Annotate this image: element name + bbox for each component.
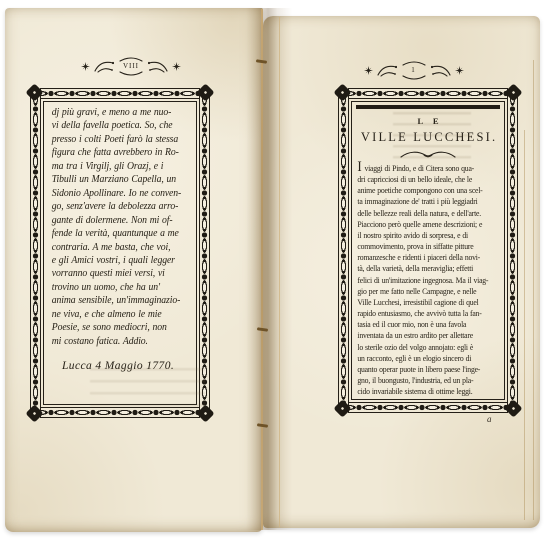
fleuron-spray-icon	[377, 64, 397, 78]
gutter-fold-line	[261, 9, 263, 530]
border-band-left	[338, 88, 349, 413]
fore-edge-page-line	[533, 60, 534, 520]
squiggle-divider-icon	[352, 147, 504, 157]
right-ornamental-border-frame: L E VILLE LUCCHESI. Iviaggi di Pindo, e …	[338, 88, 518, 413]
fore-edge-page-line	[524, 130, 525, 520]
right-page-body-text: Iviaggi di Pindo, e di Citera sono qua- …	[352, 162, 504, 397]
drop-initial: I	[357, 159, 361, 175]
left-inner-rule-border: dj più gravi, e meno a me nuo- vi della …	[43, 101, 197, 405]
right-page-number: 1	[411, 67, 416, 74]
border-band-bottom	[30, 407, 210, 418]
right-page-header-ornament: 1	[364, 60, 464, 81]
star-ornament-icon	[364, 66, 373, 75]
star-ornament-icon	[172, 62, 181, 71]
left-page-number: VIII	[123, 63, 139, 70]
gutter-fold-line	[279, 17, 280, 527]
right-inner-rule-border: L E VILLE LUCCHESI. Iviaggi di Pindo, e …	[351, 101, 505, 400]
left-page-header-ornament: VIII	[81, 56, 181, 77]
left-page: VIII dj più gravi, e meno a me nuo- vi d…	[5, 8, 263, 532]
fleuron-spray-icon	[148, 60, 168, 74]
border-band-left	[30, 88, 41, 418]
border-band-right	[507, 88, 518, 413]
left-page-number-cartouche: VIII	[118, 56, 144, 77]
star-ornament-icon	[81, 62, 90, 71]
half-title-main: VILLE LUCCHESI.	[352, 130, 504, 145]
left-ornamental-border-frame: dj più gravi, e meno a me nuo- vi della …	[30, 88, 210, 418]
right-page-number-cartouche: 1	[401, 60, 427, 81]
half-title-article: L E	[352, 116, 504, 126]
fleuron-spray-icon	[431, 64, 451, 78]
left-page-dateline: Lucca 4 Maggio 1770.	[44, 359, 196, 373]
left-page-body-text: dj più gravi, e meno a me nuo- vi della …	[44, 106, 196, 348]
arc-ornament-icon	[118, 71, 144, 77]
gathering-signature-mark: a	[487, 415, 492, 424]
right-page-body: viaggi di Pindo, e di Citera sono qua- d…	[357, 163, 488, 396]
arc-ornament-icon	[401, 75, 427, 81]
border-band-bottom	[338, 402, 518, 413]
fleuron-spray-icon	[94, 60, 114, 74]
open-book-photo: VIII dj più gravi, e meno a me nuo- vi d…	[0, 0, 550, 550]
right-page: 1 L E VILLE LUCCHESI.	[263, 16, 540, 528]
title-rule-bar	[356, 105, 500, 109]
star-ornament-icon	[455, 66, 464, 75]
border-band-top	[30, 88, 210, 99]
border-band-right	[199, 88, 210, 418]
border-band-top	[338, 88, 518, 99]
